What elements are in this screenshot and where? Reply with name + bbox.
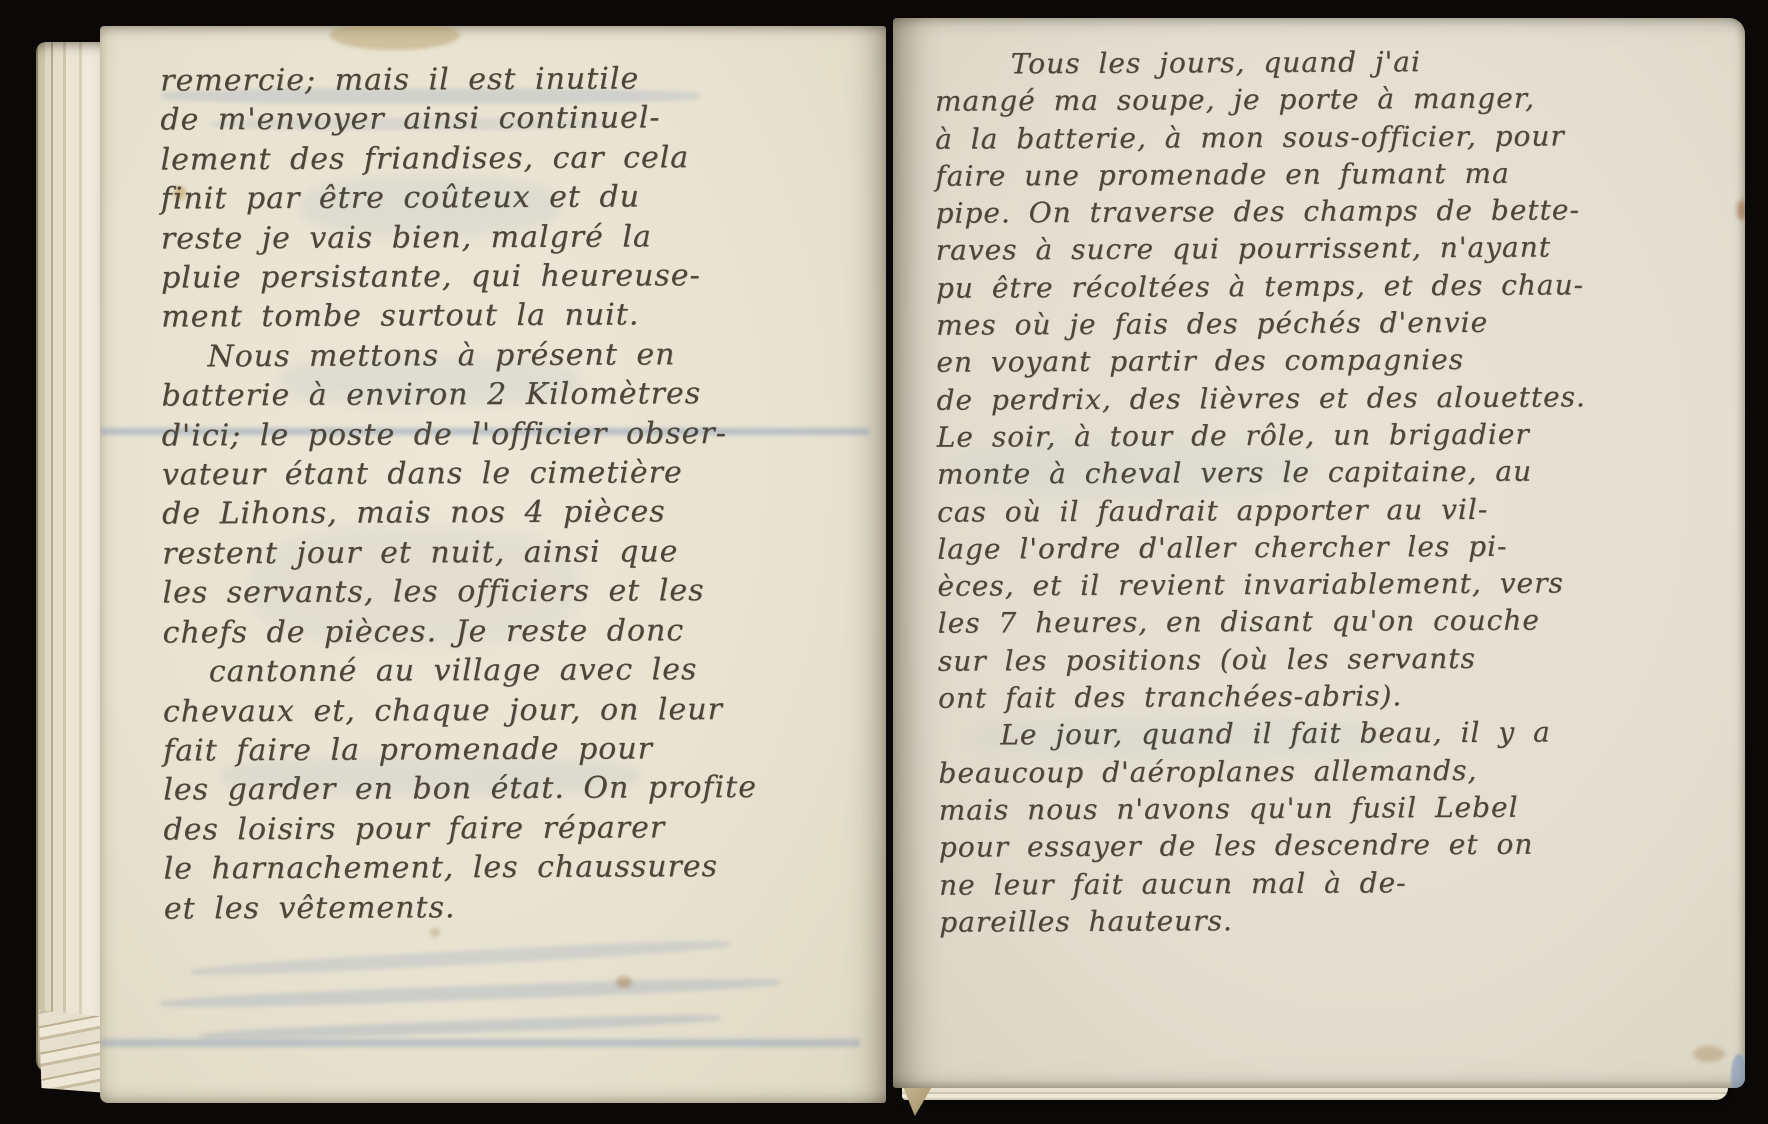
handwritten-line: mais nous n'avons qu'un fusil Lebel [939,788,1599,829]
handwritten-line: le harnachement, les chaussures [164,847,864,889]
handwritten-line: remercie; mais il est inutile [160,58,860,100]
handwritten-line: finit par être coûteux et du [161,177,861,219]
handwritten-line: cas où il faudrait apporter au vil- [937,490,1597,531]
stain [616,976,632,988]
handwritten-line: ne leur fait aucun mal à de- [939,863,1599,904]
handwritten-line: èces, et il revient invariablement, vers [937,564,1597,605]
handwritten-line: de m'envoyer ainsi continuel- [160,98,860,140]
handwritten-line: mangé ma soupe, je porte à manger, [935,80,1595,121]
handwritten-line: pipe. On traverse des champs de bette- [935,191,1595,232]
handwritten-line: pareilles hauteurs. [939,900,1599,941]
show-through-rule [100,1039,860,1047]
handwritten-line: monte à cheval vers le capitaine, au [937,453,1597,494]
handwritten-line: raves à sucre qui pourrissent, n'ayant [936,229,1596,270]
handwritten-line: Le soir, à tour de rôle, un brigadier [937,415,1597,456]
scanned-notebook-spread: remercie; mais il est inutile de m'envoy… [0,0,1768,1124]
handwritten-line: chevaux et, chaque jour, on leur [163,689,863,731]
handwritten-line: reste je vais bien, malgré la [161,216,861,258]
handwritten-line: les servants, les officiers et les [162,571,862,613]
show-through-mark [160,975,780,1011]
handwritten-line: pluie persistante, qui heureuse- [161,256,861,298]
page-edge-stack-left [36,42,102,1072]
handwritten-line: faire une promenade en fumant ma [935,154,1595,195]
handwritten-line: vateur étant dans le cimetière [162,453,862,495]
handwritten-line: à la batterie, à mon sous-officier, pour [935,117,1595,158]
handwritten-line: les 7 heures, en disant qu'on couche [938,602,1598,643]
handwritten-line: de perdrix, des lièvres et des alouettes… [936,378,1596,419]
handwritten-line: et les vêtements. [164,886,864,928]
handwritten-line: en voyant partir des compagnies [936,341,1596,382]
stain [1693,1046,1725,1062]
left-page-text: remercie; mais il est inutile de m'envoy… [160,58,864,928]
handwritten-line: chefs de pièces. Je reste donc [163,610,863,652]
stain [430,928,440,937]
handwritten-line: cantonné au village avec les [209,650,863,692]
handwritten-line: pu être récoltées à temps, et des chau- [936,266,1596,307]
handwritten-line: de Lihons, mais nos 4 pièces [162,492,862,534]
handwritten-line: les garder en bon état. On profite [163,768,863,810]
ink-spot [1731,1054,1745,1088]
show-through-mark [200,1012,720,1042]
handwritten-line: pour essayer de les descendre et on [939,826,1599,867]
show-through-mark [190,937,730,979]
handwritten-line: beaucoup d'aéroplanes allemands, [938,751,1598,792]
handwritten-line: sur les positions (où les servants [938,639,1598,680]
stain [330,26,460,50]
handwritten-line: des loisirs pour faire réparer [163,807,863,849]
handwritten-line: fait faire la promenade pour [163,728,863,770]
left-page: remercie; mais il est inutile de m'envoy… [100,26,886,1103]
handwritten-line: Tous les jours, quand j'ai [1011,42,1595,82]
right-page: Tous les jours, quand j'ai mangé ma soup… [893,18,1745,1088]
stain [1737,200,1745,220]
handwritten-line: Nous mettons à présent en [207,334,861,376]
handwritten-line: ont fait des tranchées-abris). [938,676,1598,717]
right-page-text: Tous les jours, quand j'ai mangé ma soup… [935,42,1600,941]
handwritten-line: d'ici; le poste de l'officier obser- [162,413,862,455]
handwritten-line: Le jour, quand il fait beau, il y a [1000,714,1598,754]
handwritten-line: lement des friandises, car cela [160,137,860,179]
handwritten-line: lage l'ordre d'aller chercher les pi- [937,527,1597,568]
handwritten-line: ment tombe surtout la nuit. [161,295,861,337]
handwritten-line: mes où je fais des péchés d'envie [936,303,1596,344]
handwritten-line: restent jour et nuit, ainsi que [162,531,862,573]
handwritten-line: batterie à environ 2 Kilomètres [161,374,861,416]
